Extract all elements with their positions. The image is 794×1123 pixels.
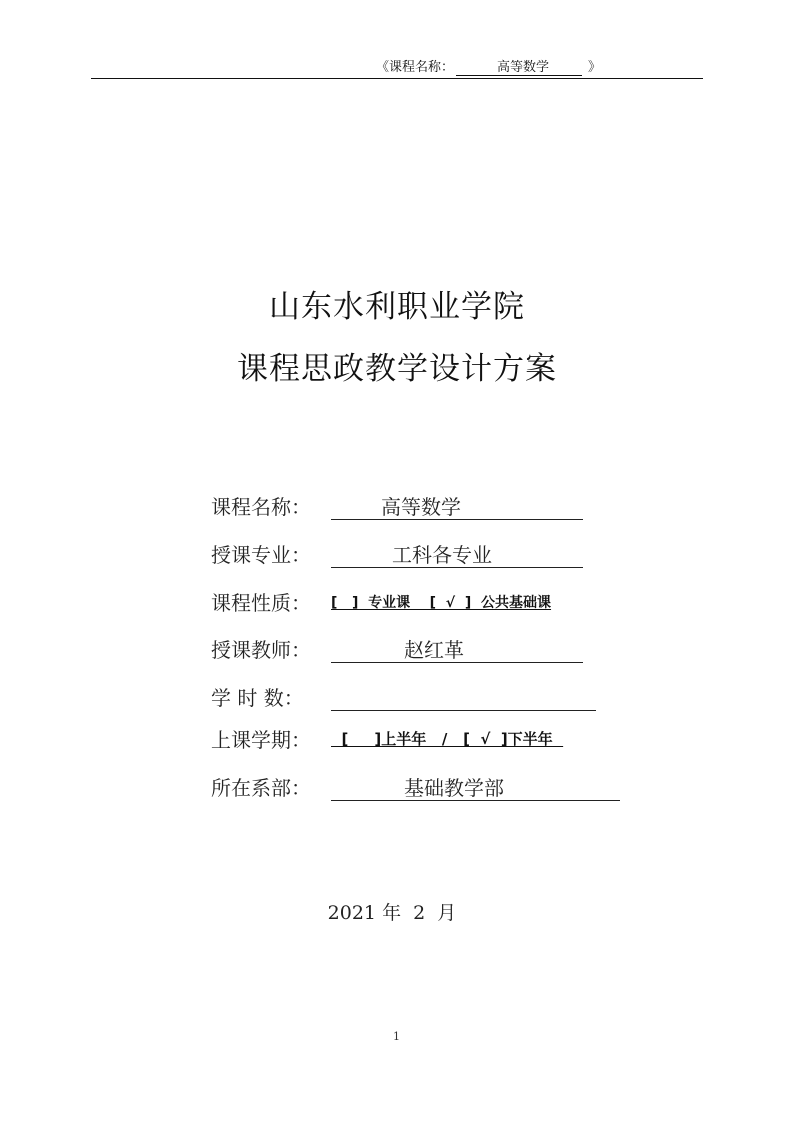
field-major: 授课专业： 工科各专业 bbox=[211, 538, 583, 568]
field-value-line: 工科各专业 bbox=[331, 542, 583, 568]
running-header: 《课程名称：高等数学》 bbox=[376, 56, 601, 76]
field-hours: 学 时 数： bbox=[211, 681, 596, 711]
field-value: 赵红革 bbox=[404, 638, 464, 662]
field-label: 课程性质： bbox=[211, 587, 331, 616]
field-label: 上课学期： bbox=[211, 724, 331, 753]
header-course-name: 高等数学 bbox=[456, 60, 582, 76]
field-teacher: 授课教师： 赵红革 bbox=[211, 633, 583, 663]
field-value: [ ]上半年 / [ √ ]下半年 bbox=[331, 728, 563, 749]
document-title: 课程思政教学设计方案 bbox=[0, 343, 794, 388]
field-semester: 上课学期： [ ]上半年 / [ √ ]下半年 bbox=[211, 723, 563, 753]
issue-date: 2021 年 2 月 bbox=[0, 898, 794, 925]
field-label: 学 时 数： bbox=[211, 682, 331, 711]
field-value-line bbox=[331, 685, 596, 711]
institution-title: 山东水利职业学院 bbox=[0, 281, 794, 326]
field-value-line: 高等数学 bbox=[331, 494, 583, 520]
field-course-type: 课程性质： [ ] 专业课 [ √ ] 公共基础课 bbox=[211, 586, 551, 616]
field-value: 基础教学部 bbox=[404, 776, 504, 800]
field-value: 高等数学 bbox=[381, 495, 461, 519]
field-value: 工科各专业 bbox=[392, 543, 492, 567]
header-suffix: 》 bbox=[588, 60, 601, 75]
field-department: 所在系部： 基础教学部 bbox=[211, 771, 620, 801]
field-value: [ ] 专业课 [ √ ] 公共基础课 bbox=[331, 592, 551, 612]
field-label: 课程名称： bbox=[211, 491, 331, 520]
header-prefix: 《课程名称： bbox=[376, 60, 454, 75]
header-divider bbox=[91, 78, 703, 79]
field-label: 授课教师： bbox=[211, 634, 331, 663]
field-course-name: 课程名称： 高等数学 bbox=[211, 490, 583, 520]
field-value-line: 赵红革 bbox=[331, 637, 583, 663]
page-number: 1 bbox=[393, 1030, 400, 1043]
field-label: 授课专业： bbox=[211, 539, 331, 568]
field-label: 所在系部： bbox=[211, 772, 331, 801]
field-value-line: 基础教学部 bbox=[331, 775, 620, 801]
